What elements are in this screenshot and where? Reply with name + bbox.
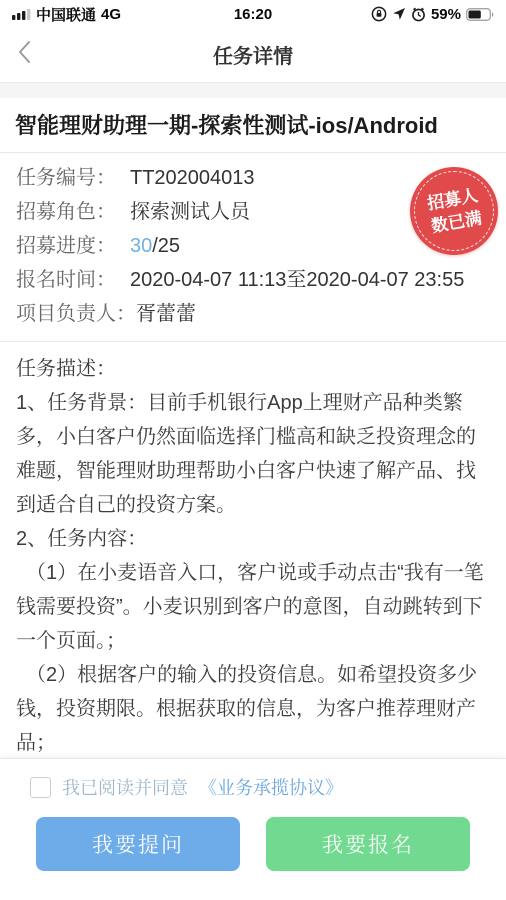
project-manager-value: 胥蕾蕾 [136,297,490,331]
agreement-row: 我已阅读并同意《业务承揽协议》 [0,759,506,800]
agreement-link[interactable]: 《业务承揽协议》 [199,774,343,800]
description-paragraph: （2）根据客户的输入的投资信息。如希望投资多少钱，投资期限。根据获取的信息，为客… [16,658,490,758]
page-title: 任务详情 [213,40,293,69]
clock-label: 16:20 [0,6,506,23]
back-button[interactable] [10,26,50,82]
recruit-role-label: 招募角色： [16,195,130,229]
status-bar: 中国联通 4G 16:20 [0,0,506,26]
progress-total: /25 [152,235,180,257]
description-paragraph: 2、任务内容： [16,522,490,556]
agreement-prefix-text: 我已阅读并同意 [62,774,188,800]
signup-time-value: 2020-04-07 11:13至2020-04-07 23:55 [130,263,490,297]
chevron-left-icon [18,40,31,69]
progress-current: 30 [130,235,152,257]
agreement-checkbox[interactable] [30,777,51,798]
recruit-progress-label: 招募进度： [16,229,130,263]
footer-buttons: 我要提问 我要报名 [0,800,506,871]
screen: 中国联通 4G 16:20 [0,0,506,900]
signup-time-row: 报名时间： 2020-04-07 11:13至2020-04-07 23:55 [16,263,490,297]
task-description-section: 任务描述： 1、任务背景：目前手机银行App上理财产品种类繁多，小白客户仍然面临… [0,342,506,758]
task-description-label: 任务描述： [16,352,490,386]
section-separator [0,82,506,98]
project-manager-label: 项目负责人： [16,297,136,331]
task-title: 智能理财助理一期-探索性测试-ios/Android [0,98,506,152]
signup-time-label: 报名时间： [16,263,130,297]
recruitment-full-badge-text: 招募人 数已满 [425,184,483,238]
signup-button[interactable]: 我要报名 [266,817,470,871]
task-number-label: 任务编号： [16,161,130,195]
project-manager-row: 项目负责人： 胥蕾蕾 [16,297,490,331]
ask-question-button[interactable]: 我要提问 [36,817,240,871]
description-paragraph: 1、任务背景：目前手机银行App上理财产品种类繁多，小白客户仍然面临选择门槛高和… [16,386,490,522]
footer-bar: 我已阅读并同意《业务承揽协议》 我要提问 我要报名 [0,758,506,900]
recruitment-full-badge: 招募人 数已满 [410,167,498,255]
nav-bar: 任务详情 [0,26,506,82]
description-paragraph: （1）在小麦语音入口，客户说或手动点击“我有一笔钱需要投资”。小麦识别到客户的意… [16,556,490,658]
task-detail-scroll[interactable]: 智能理财助理一期-探索性测试-ios/Android 任务编号： TT20200… [0,98,506,758]
task-info-section: 任务编号： TT202004013 招募角色： 探索测试人员 招募进度： 30/… [0,153,506,341]
